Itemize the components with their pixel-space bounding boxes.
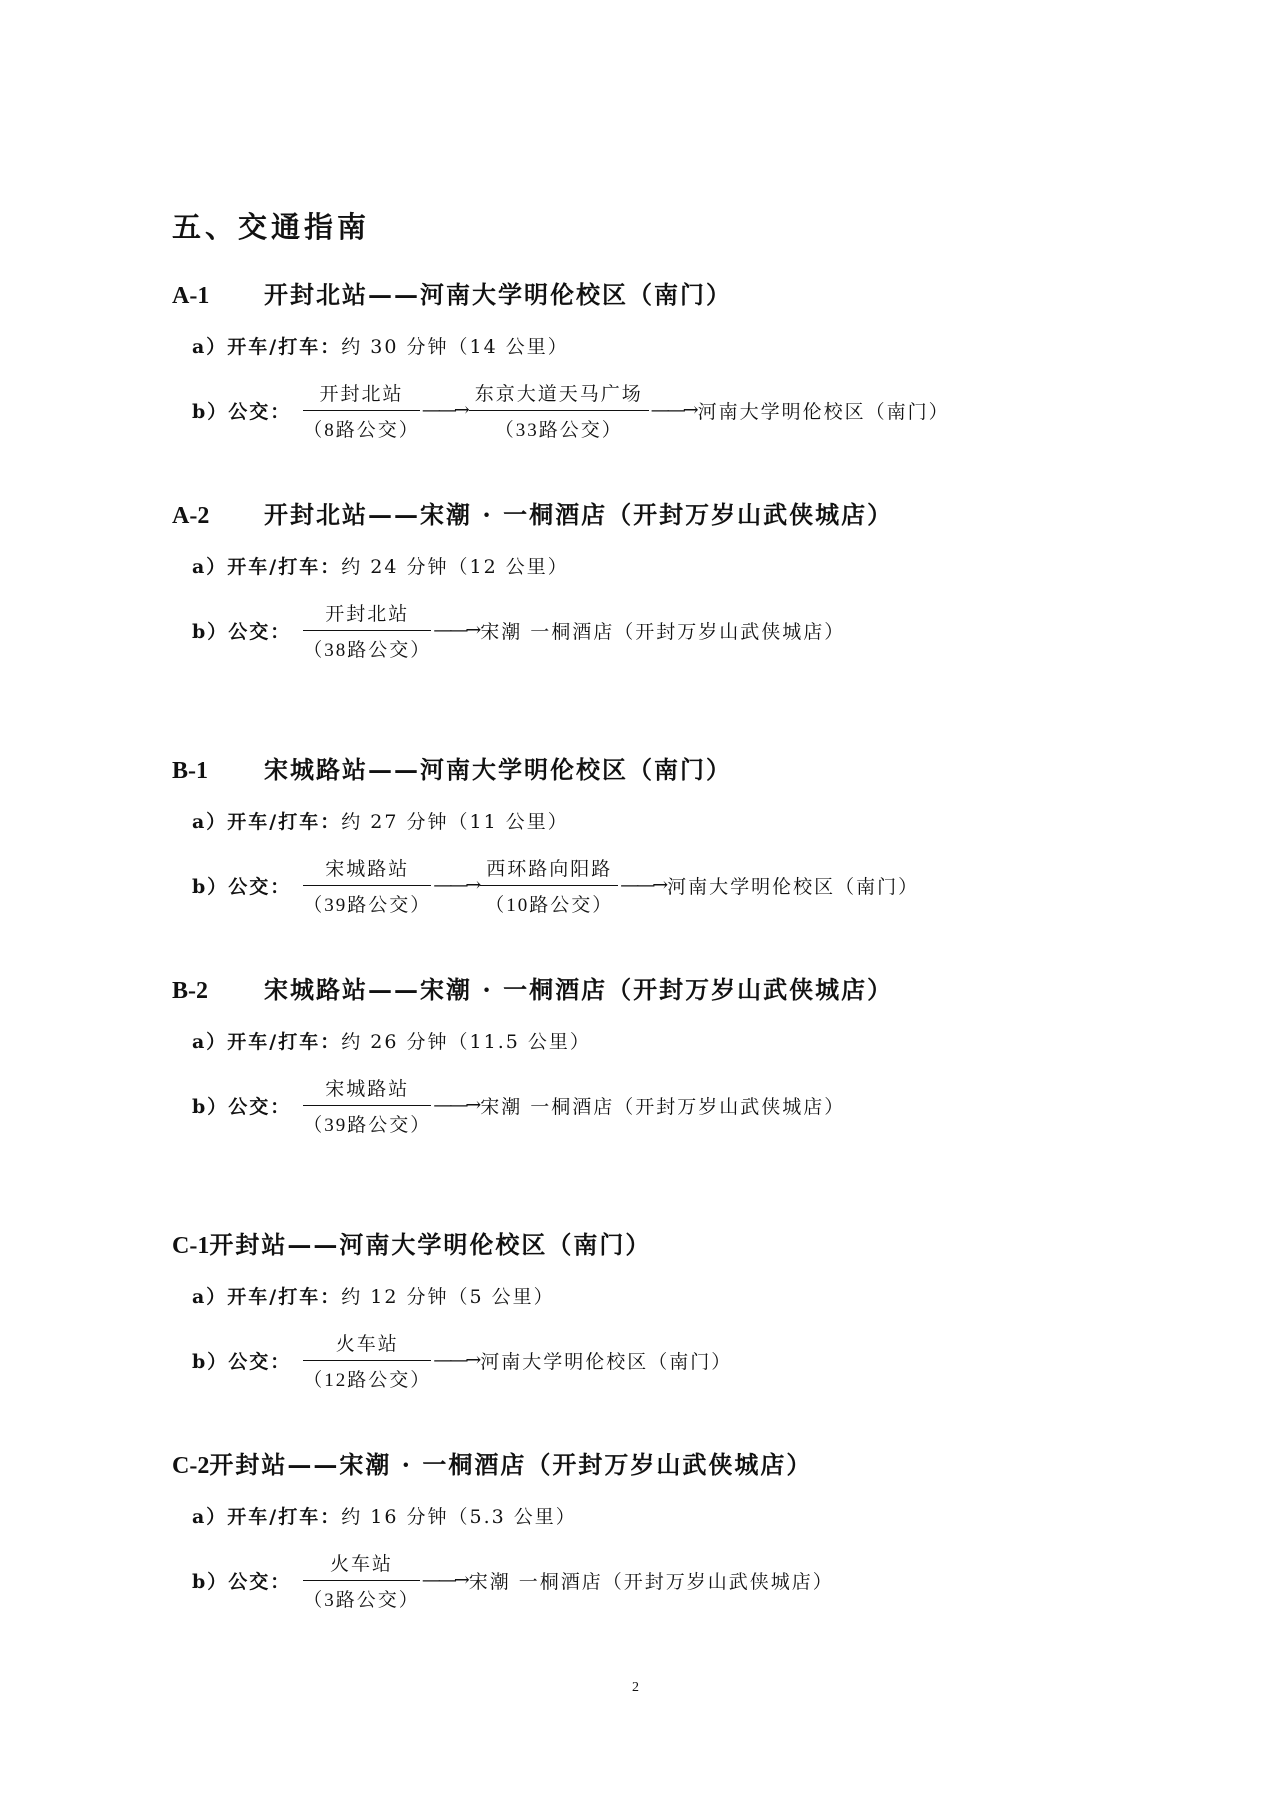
bus-leg: 开封北站 （8路公交） (303, 379, 420, 442)
bus-label: b）公交： (192, 1347, 291, 1374)
route-code: B-1 (172, 758, 264, 785)
route-name: 宋城路站——河南大学明伦校区（南门） (264, 755, 732, 784)
bus-leg: 西环路向阳路 （10路公交） (480, 854, 618, 917)
drive-label: a）开车/打车： (192, 811, 341, 833)
route-title-c2: C-2开封站——宋潮 · 一桐酒店（开封万岁山武侠城店） (172, 1445, 812, 1480)
drive-value: 约 12 分钟（5 公里） (341, 1286, 554, 1308)
bus-stop: 东京大道天马广场 (469, 379, 649, 411)
bus-info-b2: b）公交： 宋城路站 （39路公交） ——→ 宋潮 一桐酒店（开封万岁山武侠城店… (192, 1070, 845, 1140)
bus-leg: 火车站 （3路公交） (303, 1549, 420, 1612)
arrow-right-icon: ——→ (433, 1349, 478, 1371)
bus-line: （39路公交） (303, 886, 431, 917)
drive-info-c1: a）开车/打车：约 12 分钟（5 公里） (192, 1282, 555, 1309)
drive-label: a）开车/打车： (192, 1506, 341, 1528)
drive-value: 约 30 分钟（14 公里） (341, 336, 568, 358)
drive-label: a）开车/打车： (192, 1286, 341, 1308)
document-page: 五、交通指南 A-1开封北站——河南大学明伦校区（南门） a）开车/打车：约 3… (0, 0, 1278, 1809)
bus-leg: 宋城路站 （39路公交） (303, 1074, 431, 1137)
drive-value: 约 26 分钟（11.5 公里） (341, 1031, 591, 1053)
bus-stop: 宋城路站 (303, 1074, 431, 1106)
bus-info-b1: b）公交： 宋城路站 （39路公交） ——→ 西环路向阳路 （10路公交） ——… (192, 850, 919, 920)
bus-label: b）公交： (192, 397, 291, 424)
bus-stop: 火车站 (303, 1549, 420, 1581)
bus-label: b）公交： (192, 617, 291, 644)
page-number: 2 (632, 1680, 639, 1696)
bus-destination: 宋潮 一桐酒店（开封万岁山武侠城店） (469, 1567, 834, 1594)
arrow-right-icon: ——→ (433, 1094, 478, 1116)
route-code: A-2 (172, 503, 264, 530)
drive-info-a1: a）开车/打车：约 30 分钟（14 公里） (192, 332, 569, 359)
bus-info-c1: b）公交： 火车站 （12路公交） ——→ 河南大学明伦校区（南门） (192, 1325, 732, 1395)
arrow-right-icon: ——→ (433, 619, 478, 641)
drive-info-c2: a）开车/打车：约 16 分钟（5.3 公里） (192, 1502, 577, 1529)
bus-line: （3路公交） (303, 1581, 420, 1612)
bus-line: （39路公交） (303, 1106, 431, 1137)
bus-line: （38路公交） (303, 631, 431, 662)
bus-stop: 开封北站 (303, 599, 431, 631)
section-title: 五、交通指南 (172, 205, 370, 246)
route-code: A-1 (172, 283, 264, 310)
drive-value: 约 16 分钟（5.3 公里） (341, 1506, 577, 1528)
bus-leg: 宋城路站 （39路公交） (303, 854, 431, 917)
route-code: B-2 (172, 978, 264, 1005)
route-title-b1: B-1宋城路站——河南大学明伦校区（南门） (172, 750, 732, 785)
route-title-c1: C-1开封站——河南大学明伦校区（南门） (172, 1225, 651, 1260)
bus-line: （12路公交） (303, 1361, 431, 1392)
drive-info-a2: a）开车/打车：约 24 分钟（12 公里） (192, 552, 569, 579)
bus-destination: 河南大学明伦校区（南门） (698, 397, 950, 424)
route-name: 开封北站——宋潮 · 一桐酒店（开封万岁山武侠城店） (264, 500, 893, 529)
drive-value: 约 24 分钟（12 公里） (341, 556, 568, 578)
drive-info-b1: a）开车/打车：约 27 分钟（11 公里） (192, 807, 569, 834)
bus-line: （33路公交） (495, 411, 623, 442)
arrow-right-icon: ——→ (422, 399, 467, 421)
route-title-a1: A-1开封北站——河南大学明伦校区（南门） (172, 275, 732, 310)
route-code: C-2 (172, 1453, 209, 1480)
route-title-a2: A-2开封北站——宋潮 · 一桐酒店（开封万岁山武侠城店） (172, 495, 893, 530)
bus-line: （10路公交） (485, 886, 613, 917)
arrow-right-icon: ——→ (651, 399, 696, 421)
arrow-right-icon: ——→ (620, 874, 665, 896)
bus-line: （8路公交） (303, 411, 420, 442)
bus-label: b）公交： (192, 1092, 291, 1119)
bus-info-a1: b）公交： 开封北站 （8路公交） ——→ 东京大道天马广场 （33路公交） —… (192, 375, 950, 445)
bus-destination: 河南大学明伦校区（南门） (667, 872, 919, 899)
arrow-right-icon: ——→ (422, 1569, 467, 1591)
bus-stop: 火车站 (303, 1329, 431, 1361)
route-name: 开封站——宋潮 · 一桐酒店（开封万岁山武侠城店） (209, 1450, 812, 1479)
bus-stop: 西环路向阳路 (480, 854, 618, 886)
bus-leg: 开封北站 （38路公交） (303, 599, 431, 662)
route-name: 开封站——河南大学明伦校区（南门） (209, 1230, 651, 1259)
bus-stop: 开封北站 (303, 379, 420, 411)
bus-info-c2: b）公交： 火车站 （3路公交） ——→ 宋潮 一桐酒店（开封万岁山武侠城店） (192, 1545, 834, 1615)
drive-info-b2: a）开车/打车：约 26 分钟（11.5 公里） (192, 1027, 591, 1054)
bus-label: b）公交： (192, 1567, 291, 1594)
route-name: 开封北站——河南大学明伦校区（南门） (264, 280, 732, 309)
bus-destination: 宋潮 一桐酒店（开封万岁山武侠城店） (480, 617, 845, 644)
route-title-b2: B-2宋城路站——宋潮 · 一桐酒店（开封万岁山武侠城店） (172, 970, 893, 1005)
bus-destination: 宋潮 一桐酒店（开封万岁山武侠城店） (480, 1092, 845, 1119)
bus-destination: 河南大学明伦校区（南门） (480, 1347, 732, 1374)
bus-label: b）公交： (192, 872, 291, 899)
drive-label: a）开车/打车： (192, 556, 341, 578)
bus-leg: 东京大道天马广场 （33路公交） (469, 379, 649, 442)
arrow-right-icon: ——→ (433, 874, 478, 896)
drive-value: 约 27 分钟（11 公里） (341, 811, 568, 833)
drive-label: a）开车/打车： (192, 1031, 341, 1053)
drive-label: a）开车/打车： (192, 336, 341, 358)
route-code: C-1 (172, 1233, 209, 1260)
route-name: 宋城路站——宋潮 · 一桐酒店（开封万岁山武侠城店） (264, 975, 893, 1004)
bus-leg: 火车站 （12路公交） (303, 1329, 431, 1392)
bus-stop: 宋城路站 (303, 854, 431, 886)
bus-info-a2: b）公交： 开封北站 （38路公交） ——→ 宋潮 一桐酒店（开封万岁山武侠城店… (192, 595, 845, 665)
